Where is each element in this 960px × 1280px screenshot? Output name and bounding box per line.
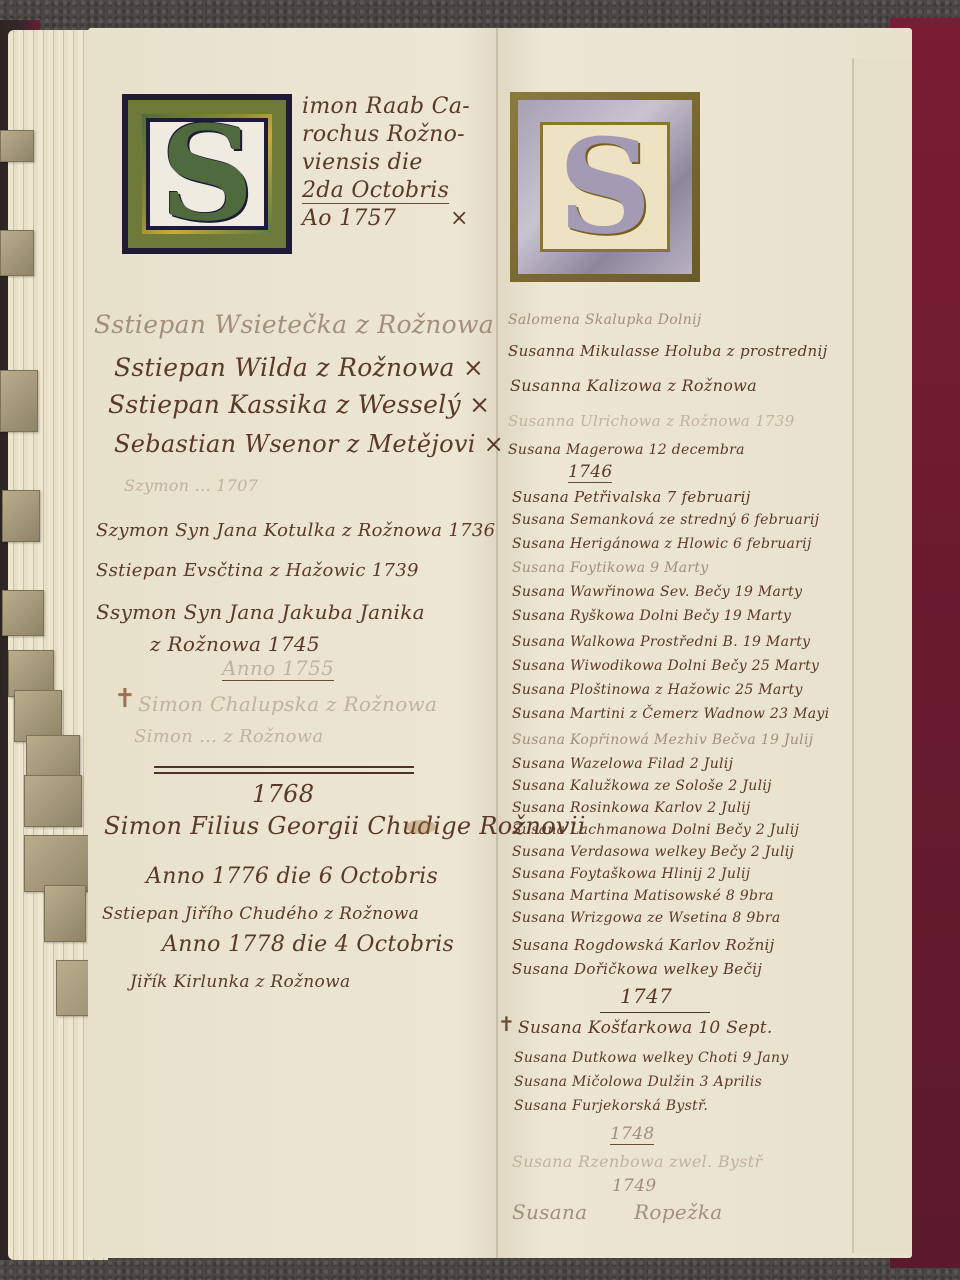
- register-entry: z Rožnowa 1745: [150, 632, 320, 656]
- register-entry: Sstiepan Wilda z Rožnowa ×: [114, 353, 484, 382]
- double-rule: [154, 772, 414, 774]
- cross-mark-icon: ✝: [114, 684, 136, 714]
- register-entry: Sstiepan Evsčtina z Hažowic 1739: [96, 560, 419, 581]
- register-entry: Sstiepan Wsietečka z Rožnowa: [94, 310, 494, 339]
- year-heading: 1748: [610, 1124, 654, 1145]
- register-entry: Szymon Syn Jana Kotulka z Rožnowa 1736: [96, 520, 495, 541]
- register-entry: Susana Herigánowa z Hlowic 6 februarij: [512, 536, 812, 552]
- register-entry: Susana Dořičkowa welkey Bečij: [512, 960, 762, 978]
- index-tab[interactable]: [24, 835, 96, 892]
- initial-letter: S: [146, 118, 268, 230]
- register-entry: Jiřík Kirlunka z Rožnowa: [130, 972, 350, 992]
- register-entry: Susana Ropežka: [512, 1200, 722, 1224]
- register-entry: Susana Furjekorská Bystř.: [514, 1098, 708, 1114]
- register-entry: Susana Wrizgowa ze Wsetina 8 9bra: [512, 910, 780, 926]
- register-entry: Sstiepan Kassika z Wesselý ×: [108, 390, 490, 419]
- register-entry: Susana Rzenbowa zwel. Bystř: [512, 1152, 762, 1171]
- double-rule: [154, 766, 414, 768]
- header-line-1: imon Raab Ca-: [302, 94, 470, 119]
- header-line-5: Ao 1757: [302, 206, 396, 231]
- header-line-3: viensis die: [302, 150, 423, 175]
- year-heading: 1747: [620, 984, 672, 1008]
- register-entry: Sebastian Wsenor z Metějovi ×: [114, 430, 504, 458]
- index-tab[interactable]: [2, 590, 44, 636]
- initial-letter: S: [540, 122, 670, 252]
- register-entry: Susana Ryškowa Dolni Bečy 19 Marty: [512, 608, 791, 624]
- register-entry: Susana Petřivalska 7 februarij: [512, 488, 751, 506]
- register-entry: Susana Košťarkowa 10 Sept.: [518, 1018, 773, 1038]
- register-entry: Susana Ploštinowa z Hažowic 25 Marty: [512, 682, 803, 698]
- header-line-2: rochus Rožno-: [302, 122, 465, 147]
- register-entry: Szymon ... 1707: [124, 476, 258, 495]
- register-entry: Susana Wawřinowa Sev. Bečy 19 Marty: [512, 584, 802, 600]
- register-entry: Susana Rosinkowa Karlov 2 Julij: [512, 800, 751, 816]
- year-heading: 1749: [612, 1176, 656, 1196]
- column-divider: [496, 28, 498, 1258]
- register-entry: Susana Lachmanowa Dolni Bečy 2 Julij: [512, 822, 799, 838]
- register-entry: Susana Walkowa Prostředni B. 19 Marty: [512, 634, 810, 650]
- ink-stain: [406, 820, 436, 834]
- register-entry: Anno 1755: [222, 656, 334, 681]
- register-entry: Sstiepan Jiřího Chudého z Rožnowa: [102, 904, 419, 924]
- register-entry: Susana Wiwodikowa Dolni Bečy 25 Marty: [512, 658, 819, 674]
- register-entry: Susanna Mikulasse Holuba z prostrednij: [508, 342, 828, 360]
- register-entry: Susanna Kalizowa z Rožnowa: [510, 376, 757, 395]
- register-entry: Simon ... z Rožnowa: [134, 726, 324, 747]
- register-entry: Ssymon Syn Jana Jakuba Janika: [96, 600, 425, 624]
- index-tab[interactable]: [0, 370, 38, 432]
- register-entry: Susana Martini z Čemerz Wadnow 23 Mayi: [512, 706, 829, 722]
- register-entry: Susana Kopřinowá Mezhiv Bečva 19 Julij: [512, 732, 813, 748]
- index-tab[interactable]: [2, 490, 40, 542]
- register-entry: Susana Dutkowa welkey Choti 9 Jany: [514, 1050, 789, 1066]
- illuminated-initial-right: S: [510, 92, 700, 282]
- open-page-spread: S imon Raab Ca- rochus Rožno- viensis di…: [88, 28, 912, 1258]
- register-entry: Susanna Ulrichowa z Rožnowa 1739: [508, 412, 795, 430]
- register-entry: Susana Foytikowa 9 Marty: [512, 560, 709, 576]
- next-page-edge: [852, 58, 912, 1253]
- register-entry: Susana Kalužkowa ze Sološe 2 Julij: [512, 778, 772, 794]
- year-underline: [600, 1012, 710, 1013]
- register-entry: Susana Mičolowa Dulžin 3 Aprilis: [514, 1074, 762, 1090]
- header-mark: ×: [450, 206, 469, 231]
- register-entry: Susana Rogdowská Karlov Rožnij: [512, 936, 775, 954]
- register-entry: Susana Martina Matisowské 8 9bra: [512, 888, 774, 904]
- register-entry: Susana Verdasowa welkey Bečy 2 Julij: [512, 844, 794, 860]
- register-entry: Susana Wazelowa Filad 2 Julij: [512, 756, 733, 772]
- index-tab[interactable]: [0, 230, 34, 276]
- index-tab[interactable]: [24, 775, 82, 827]
- illuminated-initial-left: S: [122, 94, 292, 254]
- register-entry: Susana Magerowa 12 decembra: [508, 442, 745, 458]
- year-1746: 1746: [568, 462, 612, 483]
- cross-mark-icon: ✝: [498, 1012, 515, 1036]
- register-entry: Salomena Skalupka Dolnij: [508, 312, 702, 328]
- register-entry: Simon Chalupska z Rožnowa: [138, 692, 437, 716]
- header-line-4: 2da Octobris: [302, 178, 449, 204]
- register-entry: Susana Foytaškowa Hlinij 2 Julij: [512, 866, 750, 882]
- year-heading: 1768: [252, 780, 314, 808]
- index-tab[interactable]: [44, 885, 86, 942]
- index-tab[interactable]: [0, 130, 34, 162]
- register-entry: Susana Semanková ze stredný 6 februarij: [512, 512, 819, 528]
- entry-date: Anno 1778 die 4 Octobris: [162, 932, 454, 957]
- entry-date: Anno 1776 die 6 Octobris: [146, 864, 438, 889]
